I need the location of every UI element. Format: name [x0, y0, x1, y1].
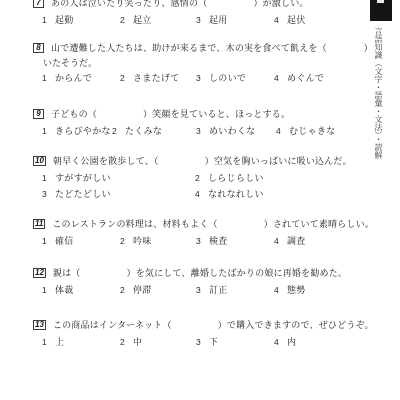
option-number: 4 [274, 337, 281, 348]
question-stem: 朝早く公園を散歩して、（ ）空気を胸いっぱいに吸い込んだ。 [53, 155, 352, 167]
question-block-7: 7 あの人は泣いたり笑ったり、感情の（ ）が激しい。 1起動 2起立 3起用 4… [33, 0, 309, 26]
question-block-8: 8 山で遭難した人たちは、助けが来るまで、木の実を食べて飢えを（ ） いたそうだ… [33, 42, 373, 84]
option-number: 1 [42, 285, 49, 296]
option-number: 4 [274, 285, 281, 296]
question-block-13: 13 この商品はインターネット（ ）で購入できますので、ぜひどうぞ。 1上 2中… [33, 319, 374, 348]
option-item: 4態勢 [274, 285, 347, 296]
option-number: 2 [120, 236, 127, 247]
option-label: しらじらしい [208, 173, 264, 184]
options-row: 1体裁 2停滞 3訂正 4態勢 [42, 285, 347, 296]
option-number: 2 [120, 73, 127, 84]
page: { "sidebar": { "section_title": "言語知識（文字… [0, 0, 400, 400]
option-item: 3しのいで [196, 73, 274, 84]
option-item: 4なれなれしい [195, 189, 352, 200]
option-number: 3 [196, 285, 203, 296]
options-row: 1上 2中 3下 4内 [42, 337, 374, 348]
option-item: 2たくみな [112, 126, 196, 137]
option-item: 1すがすがしい [42, 173, 195, 184]
option-item: 3下 [196, 337, 274, 348]
question-block-11: 11 このレストランの料理は、材料もよく（ ）されていて素晴らしい。 1確信 2… [33, 218, 374, 247]
option-label: たくみな [125, 126, 162, 137]
option-label: 起動 [55, 15, 74, 26]
option-number: 3 [42, 189, 49, 200]
option-label: めいわくな [209, 126, 256, 137]
option-item: 2さまたげて [120, 73, 196, 84]
question-stem: 子どもの（ ）笑顔を見ていると、ほっとする。 [51, 108, 290, 120]
option-number: 4 [195, 189, 202, 200]
option-number: 1 [42, 236, 49, 247]
question-number-box: 13 [33, 320, 46, 330]
option-number: 4 [274, 73, 281, 84]
option-item: 4むじゃきな [276, 126, 336, 137]
option-number: 4 [274, 236, 281, 247]
option-item: 4起伏 [274, 15, 309, 26]
option-number: 1 [42, 15, 49, 26]
option-item: 2しらじらしい [195, 173, 352, 184]
option-item: 3検査 [196, 236, 274, 247]
question-number-box: 8 [33, 43, 44, 53]
option-number: 1 [42, 173, 49, 184]
question-number-box: 7 [33, 0, 44, 8]
question-stem-line2: いたそうだ。 [43, 57, 373, 69]
option-label: たどたどしい [55, 189, 111, 200]
question-stem: あの人は泣いたり笑ったり、感情の（ ）が激しい。 [51, 0, 309, 9]
option-label: 内 [287, 337, 296, 348]
question-number-box: 9 [33, 109, 44, 119]
option-label: 中 [133, 337, 142, 348]
option-number: 2 [120, 15, 127, 26]
question-stem: 親は（ ）を気にして、離婚したばかりの娘に再婚を勧めた。 [53, 267, 347, 279]
option-item: 1きらびやかな [42, 126, 112, 137]
option-label: 態勢 [287, 285, 306, 296]
question-stem: このレストランの料理は、材料もよく（ ）されていて素晴らしい。 [52, 218, 374, 230]
option-number: 1 [42, 73, 49, 84]
option-number: 1 [42, 126, 49, 137]
option-number: 4 [274, 15, 281, 26]
section-title-vertical: 言語知識（文字・語彙・文法）・読解 [373, 27, 384, 172]
option-number: 1 [42, 337, 49, 348]
option-label: 吟味 [133, 236, 152, 247]
option-label: すがすがしい [55, 173, 111, 184]
option-label: めぐんで [287, 73, 324, 84]
option-item: 2停滞 [120, 285, 196, 296]
question-block-9: 9 子どもの（ ）笑顔を見ていると、ほっとする。 1きらびやかな 2たくみな 3… [33, 108, 336, 137]
option-item: 4調査 [274, 236, 374, 247]
tab-glyph-fragment-icon [377, 0, 384, 3]
question-number-box: 12 [33, 268, 46, 278]
option-label: 体裁 [55, 285, 74, 296]
option-number: 3 [196, 15, 203, 26]
option-number: 3 [196, 236, 203, 247]
option-label: きらびやかな [55, 126, 111, 137]
option-item: 1上 [42, 337, 120, 348]
option-label: むじゃきな [289, 126, 336, 137]
option-item: 1起動 [42, 15, 120, 26]
option-item: 4内 [274, 337, 374, 348]
option-number: 3 [196, 337, 203, 348]
option-number: 2 [120, 285, 127, 296]
option-item: 1からんで [42, 73, 120, 84]
option-item: 1確信 [42, 236, 120, 247]
option-label: さまたげて [133, 73, 180, 84]
option-item: 3起用 [196, 15, 274, 26]
question-number-box: 10 [33, 156, 46, 166]
option-item: 3たどたどしい [42, 189, 195, 200]
question-block-10: 10 朝早く公園を散歩して、（ ）空気を胸いっぱいに吸い込んだ。 1すがすがしい… [33, 155, 352, 200]
option-label: 確信 [55, 236, 74, 247]
question-block-12: 12 親は（ ）を気にして、離婚したばかりの娘に再婚を勧めた。 1体裁 2停滞 … [33, 267, 347, 296]
option-label: 下 [209, 337, 218, 348]
option-number: 3 [196, 126, 203, 137]
option-item: 2吟味 [120, 236, 196, 247]
option-label: しのいで [209, 73, 246, 84]
section-tab [370, 0, 392, 21]
option-label: なれなれしい [208, 189, 264, 200]
options-row: 1確信 2吟味 3検査 4調査 [42, 236, 374, 247]
option-label: からんで [55, 73, 92, 84]
option-label: 起伏 [287, 15, 306, 26]
options-row: 1からんで 2さまたげて 3しのいで 4めぐんで [42, 73, 373, 84]
question-stem: この商品はインターネット（ ）で購入できますので、ぜひどうぞ。 [53, 319, 374, 331]
option-item: 2起立 [120, 15, 196, 26]
options-row: 1きらびやかな 2たくみな 3めいわくな 4むじゃきな [42, 126, 336, 137]
option-item: 1体裁 [42, 285, 120, 296]
question-stem: 山で遭難した人たちは、助けが来るまで、木の実を食べて飢えを（ ） [51, 42, 373, 54]
option-number: 2 [112, 126, 119, 137]
option-item: 3訂正 [196, 285, 274, 296]
option-label: 起用 [209, 15, 228, 26]
question-number-box: 11 [33, 219, 45, 229]
options-grid: 1すがすがしい 2しらじらしい 3たどたどしい 4なれなれしい [42, 173, 352, 200]
option-label: 訂正 [209, 285, 228, 296]
option-item: 3めいわくな [196, 126, 276, 137]
option-label: 調査 [287, 236, 306, 247]
option-label: 起立 [133, 15, 152, 26]
option-label: 上 [55, 337, 64, 348]
option-number: 2 [120, 337, 127, 348]
option-number: 4 [276, 126, 283, 137]
option-number: 2 [195, 173, 202, 184]
option-item: 4めぐんで [274, 73, 373, 84]
option-label: 検査 [209, 236, 228, 247]
option-item: 2中 [120, 337, 196, 348]
option-label: 停滞 [133, 285, 152, 296]
options-row: 1起動 2起立 3起用 4起伏 [42, 15, 309, 26]
option-number: 3 [196, 73, 203, 84]
